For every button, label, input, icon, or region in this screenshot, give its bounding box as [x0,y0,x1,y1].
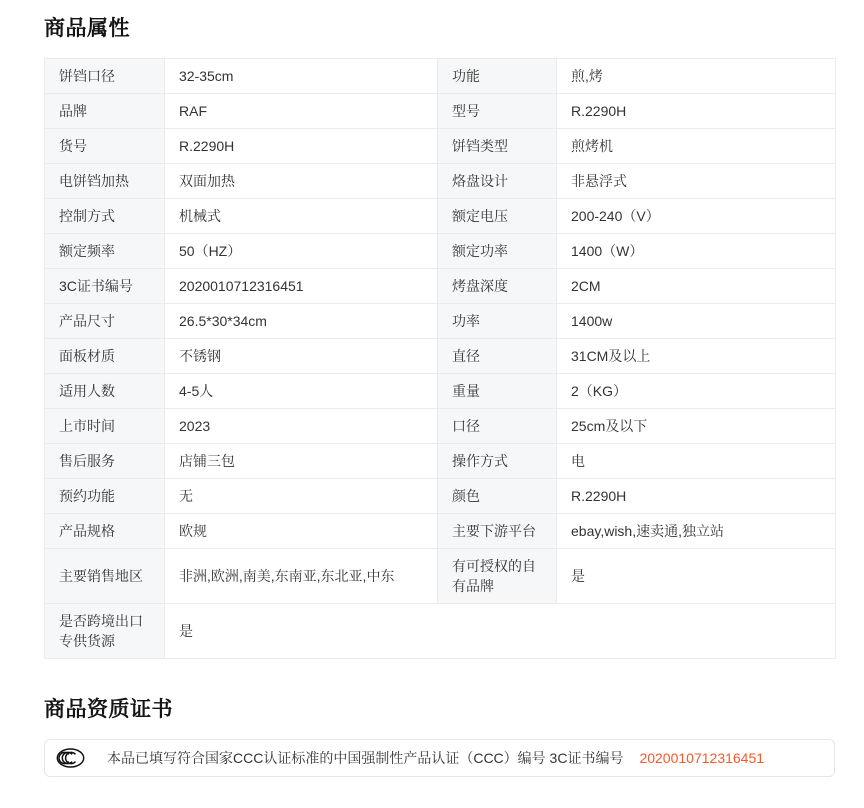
attribute-label: 上市时间 [45,409,165,444]
ccc-certificate-number-link[interactable]: 2020010712316451 [639,750,764,766]
attribute-label: 额定功率 [438,234,557,269]
product-detail-page: 商品属性 饼铛口径32-35cm功能煎,烤品牌RAF型号R.2290H货号R.2… [0,0,864,777]
attribute-value: R.2290H [165,129,438,164]
attribute-value: 煎,烤 [557,59,836,94]
attribute-label: 预约功能 [45,479,165,514]
attribute-label: 主要销售地区 [45,549,165,604]
attributes-table-body: 饼铛口径32-35cm功能煎,烤品牌RAF型号R.2290H货号R.2290H饼… [45,59,836,659]
attribute-label: 产品尺寸 [45,304,165,339]
attribute-row: 是否跨境出口专供货源是 [45,604,836,659]
attribute-value: 2（KG） [557,374,836,409]
attribute-value: 煎烤机 [557,129,836,164]
attribute-row: 电饼铛加热双面加热烙盘设计非悬浮式 [45,164,836,199]
attribute-row: 控制方式机械式额定电压200-240（V） [45,199,836,234]
attribute-value: 双面加热 [165,164,438,199]
attribute-label: 控制方式 [45,199,165,234]
attribute-label: 饼铛类型 [438,129,557,164]
attribute-label: 面板材质 [45,339,165,374]
attribute-value: 50（HZ） [165,234,438,269]
attribute-value: 2023 [165,409,438,444]
attribute-value: 无 [165,479,438,514]
attribute-label: 烙盘设计 [438,164,557,199]
attribute-row: 产品规格欧规主要下游平台ebay,wish,速卖通,独立站 [45,514,836,549]
attribute-label: 货号 [45,129,165,164]
attribute-row: 适用人数4-5人重量2（KG） [45,374,836,409]
product-attributes-title: 商品属性 [44,12,836,42]
attribute-label: 额定电压 [438,199,557,234]
attribute-label: 功率 [438,304,557,339]
section-product-attributes: 商品属性 饼铛口径32-35cm功能煎,烤品牌RAF型号R.2290H货号R.2… [44,12,836,659]
attribute-row: 主要销售地区非洲,欧洲,南美,东南亚,东北亚,中东有可授权的自有品牌是 [45,549,836,604]
attribute-value: R.2290H [557,94,836,129]
attribute-label: 额定频率 [45,234,165,269]
attribute-label: 颜色 [438,479,557,514]
attribute-label: 功能 [438,59,557,94]
attribute-label: 口径 [438,409,557,444]
attribute-label: 产品规格 [45,514,165,549]
attribute-label: 直径 [438,339,557,374]
attribute-value: 非悬浮式 [557,164,836,199]
attribute-label: 是否跨境出口专供货源 [45,604,165,659]
attribute-value: 机械式 [165,199,438,234]
attribute-value: 2CM [557,269,836,304]
ccc-mark-icon [56,747,85,769]
attribute-value: 200-240（V） [557,199,836,234]
attribute-value: 1400（W） [557,234,836,269]
attribute-row: 产品尺寸26.5*30*34cm功率1400w [45,304,836,339]
attribute-label: 售后服务 [45,444,165,479]
attribute-row: 额定频率50（HZ）额定功率1400（W） [45,234,836,269]
attribute-label: 烤盘深度 [438,269,557,304]
attribute-value: 26.5*30*34cm [165,304,438,339]
attribute-label: 型号 [438,94,557,129]
attribute-row: 上市时间2023口径25cm及以下 [45,409,836,444]
attribute-label: 重量 [438,374,557,409]
attribute-label: 电饼铛加热 [45,164,165,199]
attribute-value: 是 [165,604,836,659]
attribute-row: 货号R.2290H饼铛类型煎烤机 [45,129,836,164]
attribute-value: 非洲,欧洲,南美,东南亚,东北亚,中东 [165,549,438,604]
attribute-value: R.2290H [557,479,836,514]
attribute-label: 饼铛口径 [45,59,165,94]
attribute-value: ebay,wish,速卖通,独立站 [557,514,836,549]
certificates-title: 商品资质证书 [44,693,836,723]
attribute-value: 电 [557,444,836,479]
attribute-row: 3C证书编号2020010712316451烤盘深度2CM [45,269,836,304]
attribute-value: 32-35cm [165,59,438,94]
section-certificates: 商品资质证书 本品已填写符合国家CCC认证标准的中国强制性产品认证（CCC）编号… [44,693,836,777]
attribute-label: 适用人数 [45,374,165,409]
attribute-row: 预约功能无颜色R.2290H [45,479,836,514]
attribute-value: 4-5人 [165,374,438,409]
attribute-label: 有可授权的自有品牌 [438,549,557,604]
attribute-value: 不锈钢 [165,339,438,374]
attribute-row: 饼铛口径32-35cm功能煎,烤 [45,59,836,94]
attribute-row: 品牌RAF型号R.2290H [45,94,836,129]
attribute-value: 是 [557,549,836,604]
attribute-label: 3C证书编号 [45,269,165,304]
ccc-certificate-card: 本品已填写符合国家CCC认证标准的中国强制性产品认证（CCC）编号 3C证书编号… [44,739,835,777]
attribute-value: 31CM及以上 [557,339,836,374]
attribute-label: 品牌 [45,94,165,129]
attribute-label: 主要下游平台 [438,514,557,549]
attribute-row: 面板材质不锈钢直径31CM及以上 [45,339,836,374]
ccc-certificate-text: 本品已填写符合国家CCC认证标准的中国强制性产品认证（CCC）编号 3C证书编号 [107,748,623,768]
attribute-value: 1400w [557,304,836,339]
attribute-label: 操作方式 [438,444,557,479]
product-attributes-table: 饼铛口径32-35cm功能煎,烤品牌RAF型号R.2290H货号R.2290H饼… [44,58,836,659]
attribute-value: 2020010712316451 [165,269,438,304]
attribute-value: RAF [165,94,438,129]
attribute-value: 欧规 [165,514,438,549]
attribute-value: 25cm及以下 [557,409,836,444]
attribute-row: 售后服务店铺三包操作方式电 [45,444,836,479]
attribute-value: 店铺三包 [165,444,438,479]
